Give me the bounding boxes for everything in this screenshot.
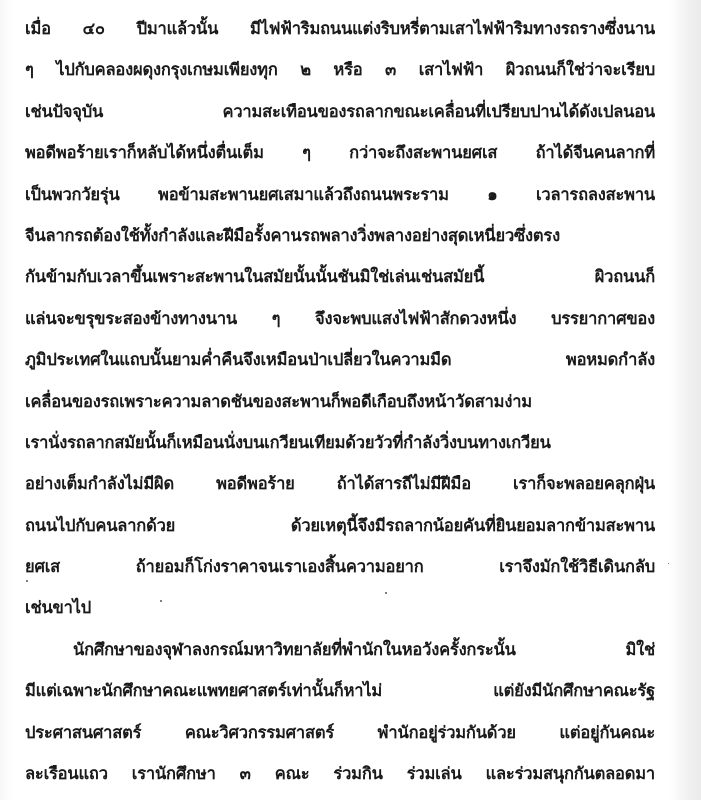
text-line: อย่างเต็มกำลังไม่มีผิด พอดีพอร้าย ถ้าได้… xyxy=(25,463,655,504)
text-line: ละเรือนแถว เรานักศึกษา ๓ คณะ ร่วมกิน ร่ว… xyxy=(25,753,655,794)
text-line: เป็นพวกวัยรุ่น พอข้ามสะพานยศเสมาแล้วถึงถ… xyxy=(25,174,655,215)
text-line: กันข้ามกับเวลาขึ้นเพราะสะพานในสมัยนั้นนั… xyxy=(25,256,655,297)
text-line: เรานั่งรถลากสมัยนั้นก็เหมือนนั่งบนเกวียน… xyxy=(25,422,655,463)
text-line: เมื่อ ๔๐ ปีมาแล้วนั้น มีไฟฟ้าริมถนนแต่งร… xyxy=(25,8,655,49)
document-body: เมื่อ ๔๐ ปีมาแล้วนั้น มีไฟฟ้าริมถนนแต่งร… xyxy=(25,8,655,794)
text-line: พอดีพอร้ายเราก็หลับได้หนึ่งตื่นเต็ม ๆ กว… xyxy=(25,132,655,173)
scan-speck xyxy=(26,580,28,582)
text-line: เช่นปัจจุบัน ความสะเทือนของรถลากขณะเคลื่… xyxy=(25,91,655,132)
text-line: เคลื่อนของรถเพราะความลาดชันของสะพานก็พอด… xyxy=(25,381,655,422)
text-line: ประศาสนศาสตร์ คณะวิศวกรรมศาสตร์ พำนักอยู… xyxy=(25,712,655,753)
text-line: ถนนไปกับคนลากด้วย ด้วยเหตุนี้จึงมีรถลากน… xyxy=(25,505,655,546)
text-line: มีแต่เฉพาะนักศึกษาคณะแพทยศาสตร์เท่านั้นก… xyxy=(25,670,655,711)
paragraph-2: นักศึกษาของจุฬาลงกรณ์มหาวิทยาลัยที่พำนัก… xyxy=(25,629,655,795)
paragraph-1: เมื่อ ๔๐ ปีมาแล้วนั้น มีไฟฟ้าริมถนนแต่งร… xyxy=(25,8,655,629)
scan-speck xyxy=(668,563,669,564)
text-line: แล่นจะขรุขระสองข้างทางนาน ๆ จึงจะพบแสงไฟ… xyxy=(25,298,655,339)
text-line: ยศเส ถ้ายอมก็โก่งราคาจนเราเองสิ้นความอยา… xyxy=(25,546,655,587)
text-line: ๆ ไปกับคลองผดุงกรุงเกษมเพียงทุก ๒ หรือ ๓… xyxy=(25,49,655,90)
text-line: จีนลากรถต้องใช้ทั้งกำลังและฝีมือรั้งคานร… xyxy=(25,215,655,256)
text-line: เช่นขาไป xyxy=(25,587,655,628)
text-line: ภูมิประเทศในแถบนั้นยามค่ำคืนจึงเหมือนป่า… xyxy=(25,339,655,380)
scan-speck xyxy=(160,600,162,602)
text-line: นักศึกษาของจุฬาลงกรณ์มหาวิทยาลัยที่พำนัก… xyxy=(25,629,655,670)
scan-speck xyxy=(385,592,387,594)
scanned-page: เมื่อ ๔๐ ปีมาแล้วนั้น มีไฟฟ้าริมถนนแต่งร… xyxy=(0,0,701,800)
